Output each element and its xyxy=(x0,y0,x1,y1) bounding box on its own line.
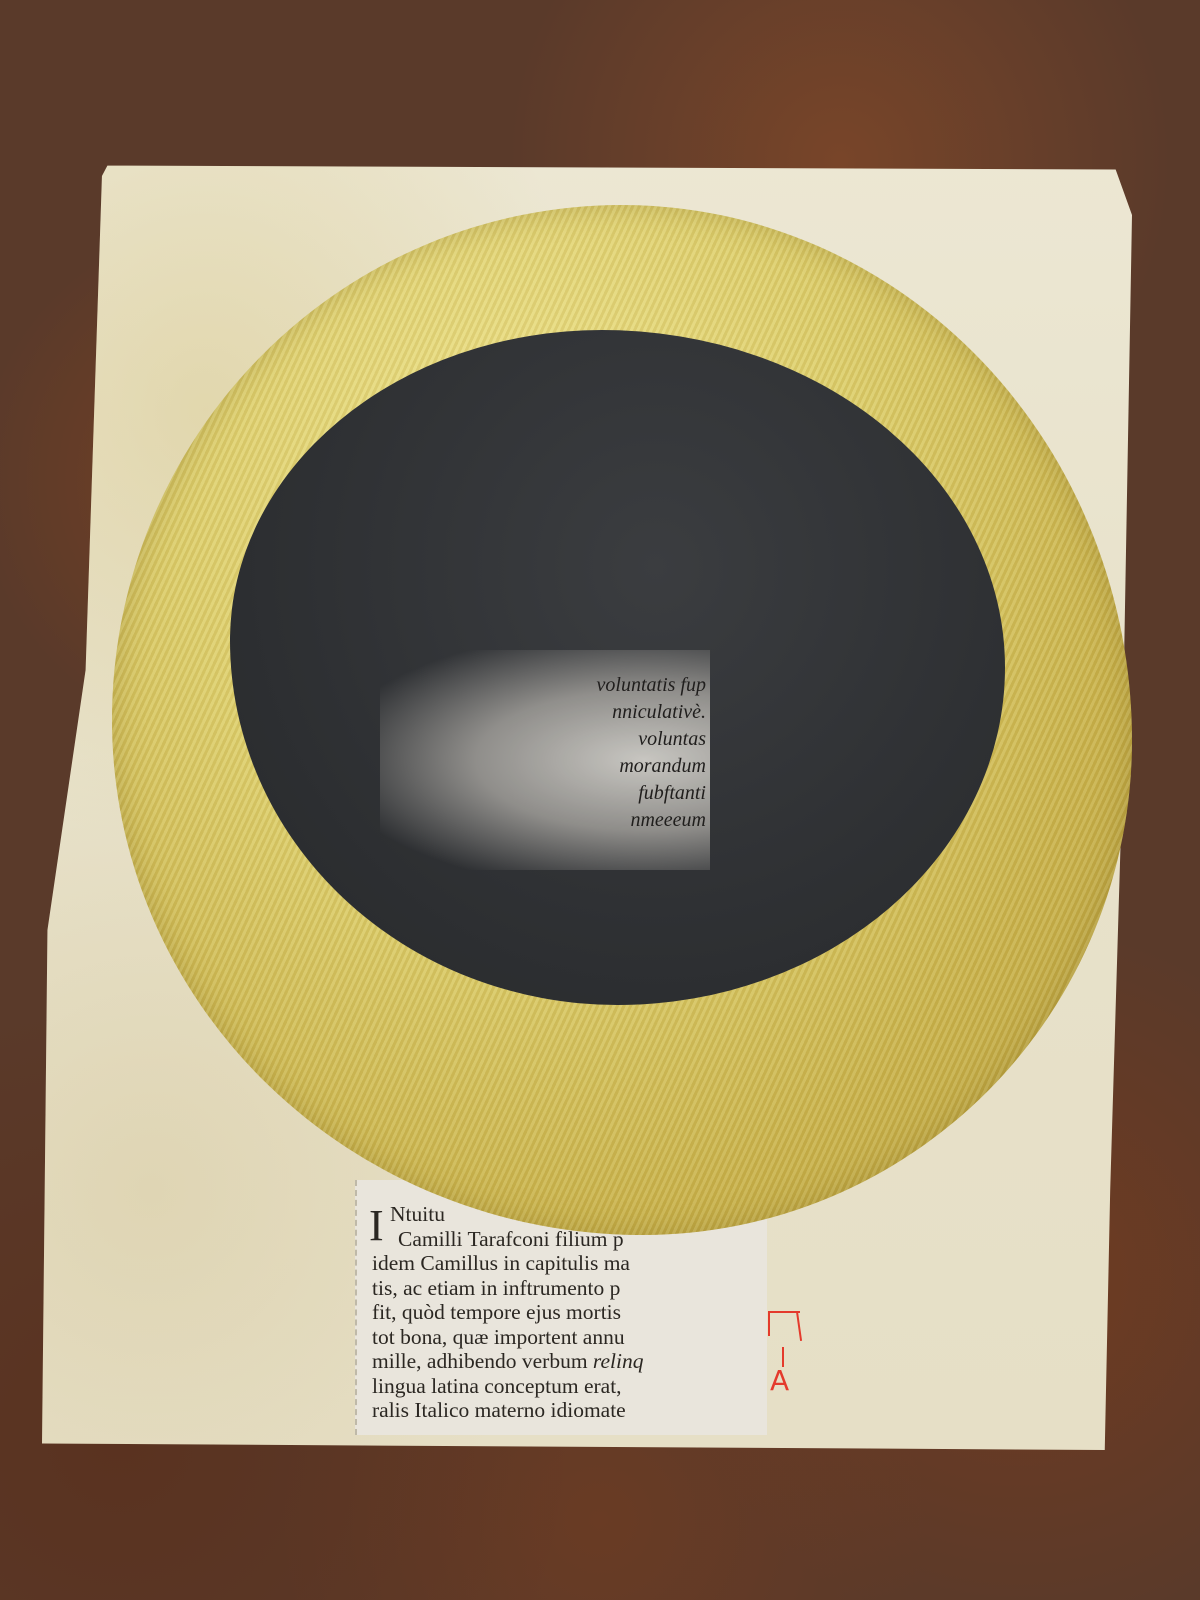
text-line: tot bona, quæ importent annu xyxy=(372,1325,767,1350)
signature-letter-a: A xyxy=(770,1367,789,1395)
text-line: fit, quòd tempore ejus mortis xyxy=(372,1300,767,1325)
text-line: mille, adhibendo verbum relinq xyxy=(372,1349,767,1374)
scrap-text-lines: voluntatis fup nniculativè. voluntas mor… xyxy=(530,672,706,834)
scrap-line: nniculativè. xyxy=(530,699,706,726)
text-line-start: mille, adhibendo verbum xyxy=(372,1349,588,1373)
italic-word: relinq xyxy=(593,1349,644,1373)
printed-text-lines: Ntuitu Camilli Tarafconi filium p idem C… xyxy=(372,1202,767,1423)
text-line: ralis Italico materno idiomate xyxy=(372,1398,767,1423)
scrap-line: voluntas xyxy=(530,726,706,753)
text-line: tis, ac etiam in inftrumento p xyxy=(372,1276,767,1301)
text-scrap-in-disc: voluntatis fup nniculativè. voluntas mor… xyxy=(380,650,710,870)
signature-stroke xyxy=(768,1311,770,1336)
scrap-line: nmeeeum xyxy=(530,807,706,834)
scrap-line: morandum xyxy=(530,753,706,780)
artist-signature: A xyxy=(762,1305,812,1405)
scrap-line: fubftanti xyxy=(530,780,706,807)
scrap-line: voluntatis fup xyxy=(530,672,706,699)
text-line: idem Camillus in capitulis ma xyxy=(372,1251,767,1276)
signature-stroke xyxy=(796,1311,802,1341)
text-line: lingua latina conceptum erat, xyxy=(372,1374,767,1399)
